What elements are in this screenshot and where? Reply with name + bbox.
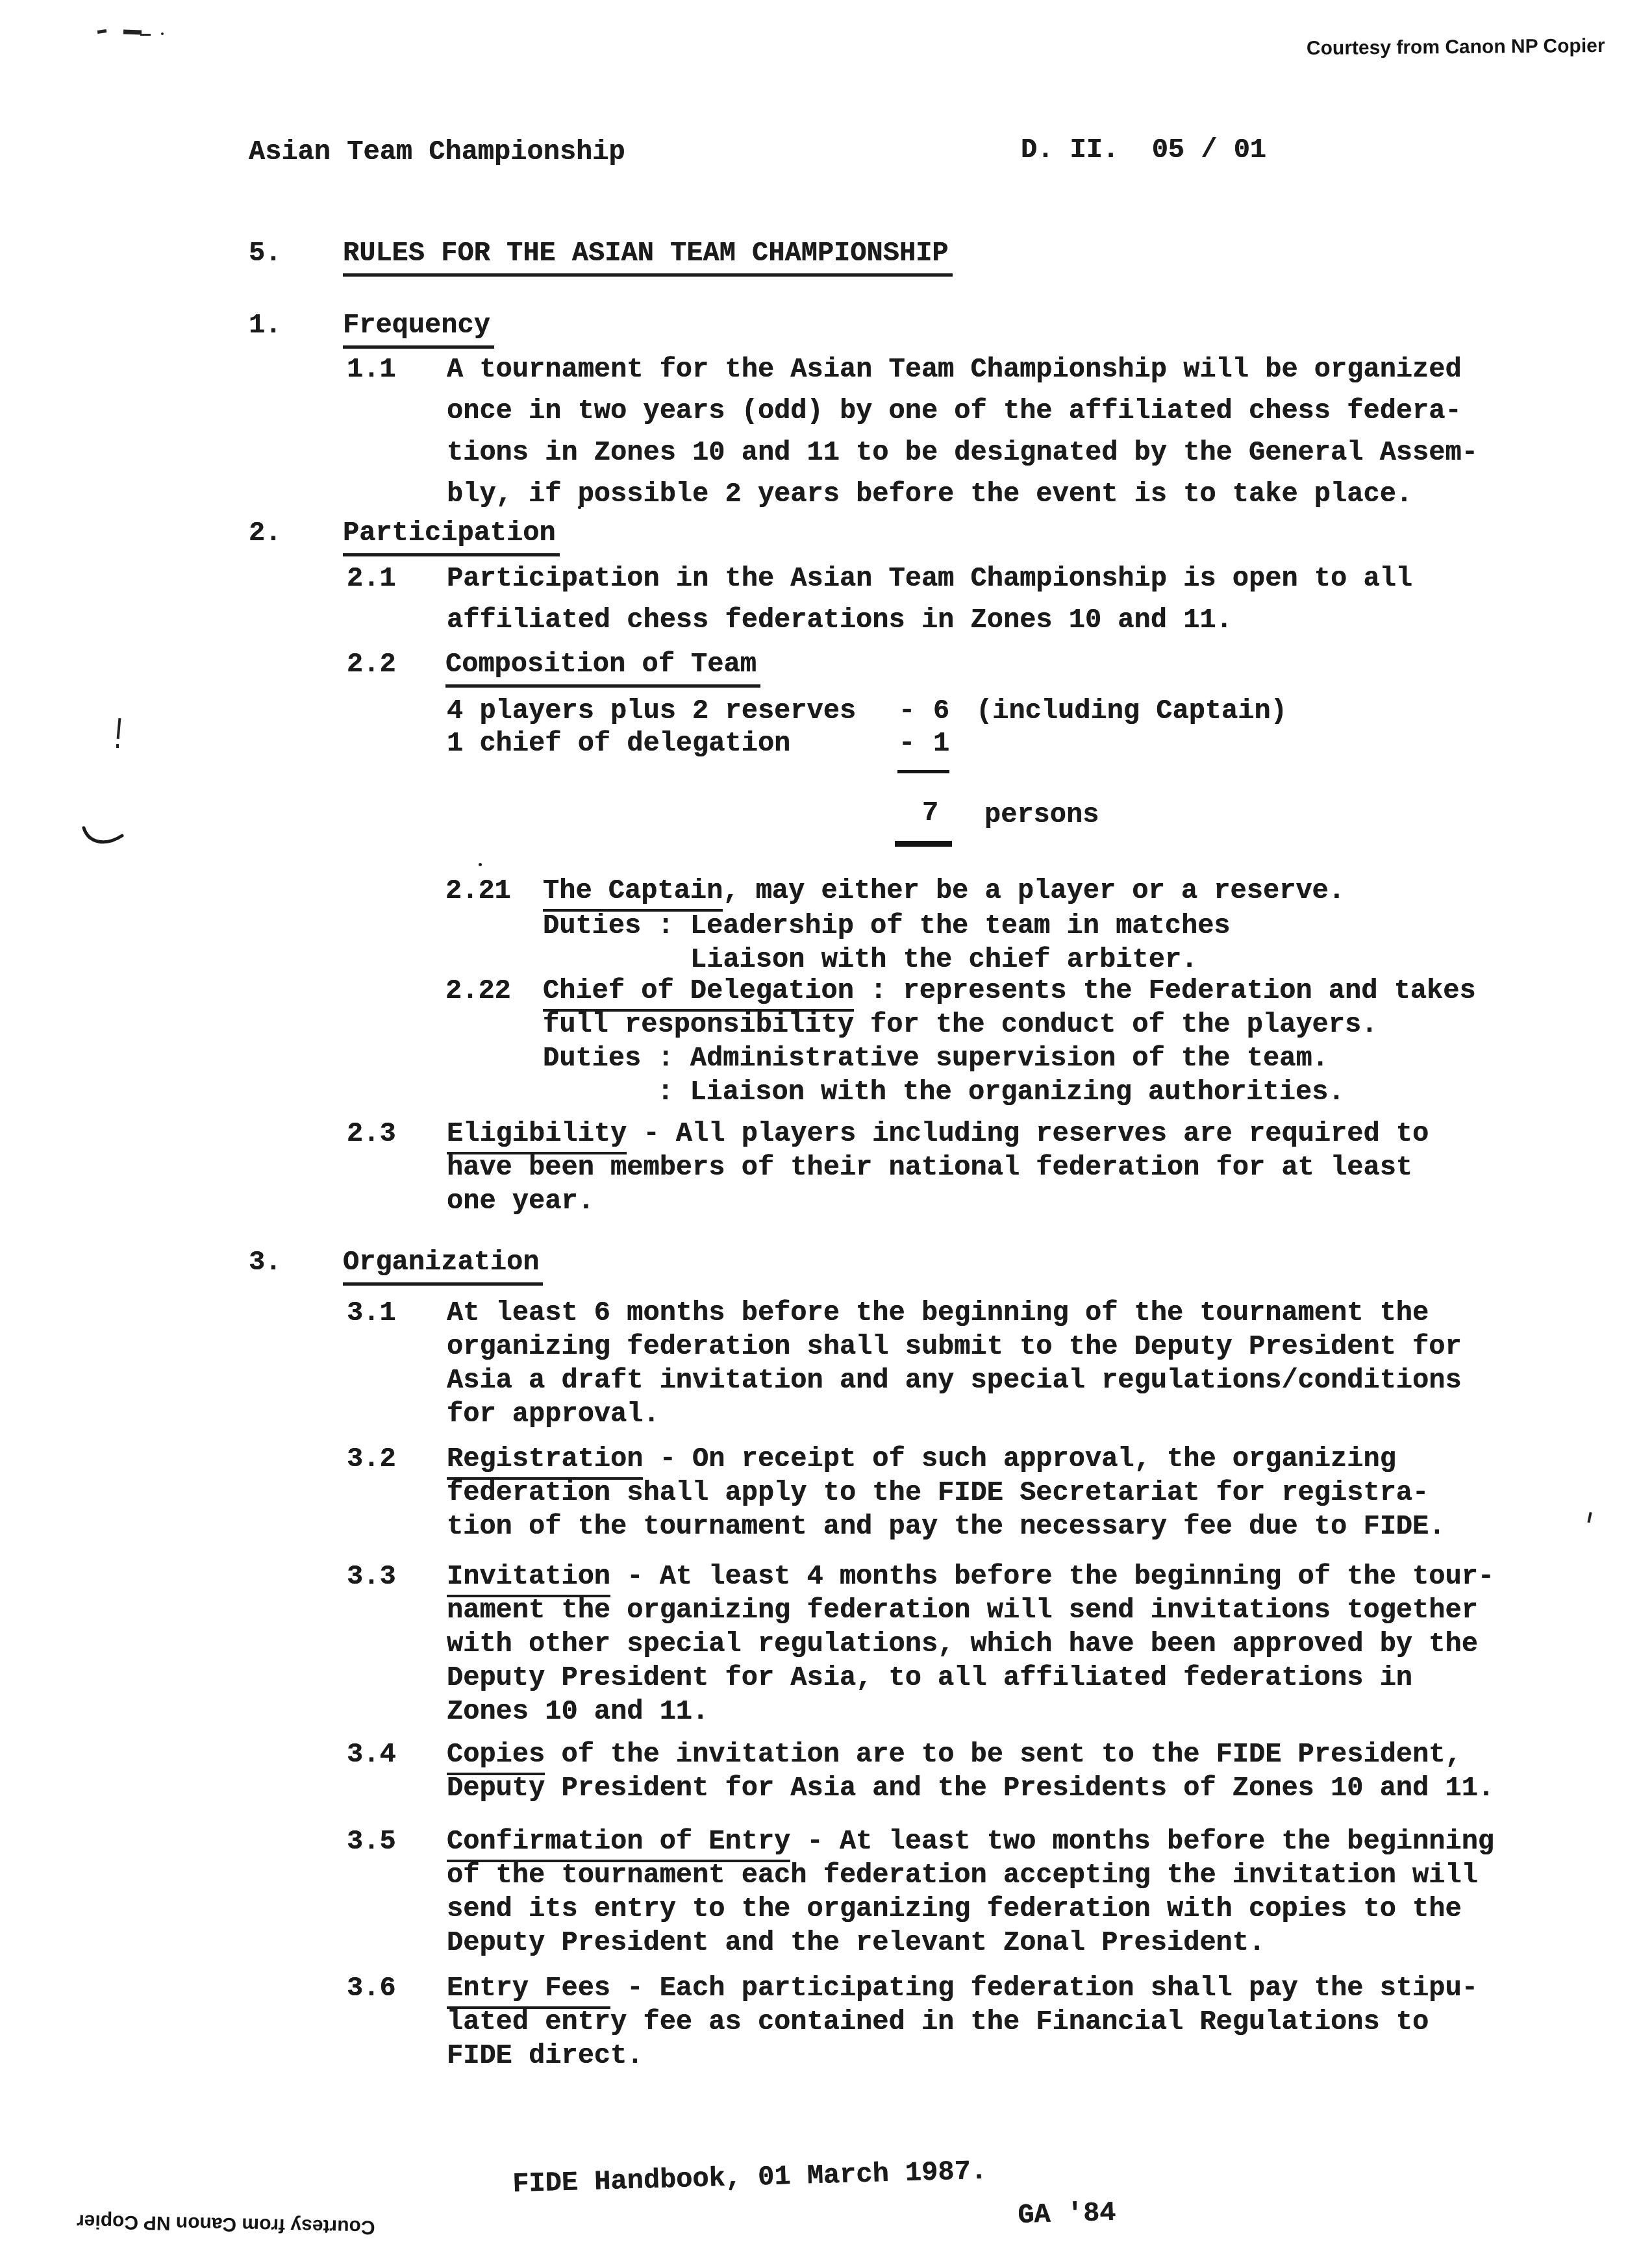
scan-artifact-dot [479, 863, 482, 866]
clause-3-3-line: Deputy President for Asia, to all affili… [447, 1662, 1412, 1693]
page-title-text: RULES FOR THE ASIAN TEAM CHAMPIONSHIP [343, 238, 953, 277]
clause-3-2-number: 3.2 [347, 1443, 396, 1475]
clause-3-2-line: tion of the tournament and pay the neces… [447, 1511, 1445, 1542]
section-2-heading: Participation [343, 517, 560, 556]
scan-artifact-smudge [123, 30, 142, 35]
clause-2-22-line: : Liaison with the organizing authoritie… [657, 1077, 1345, 1108]
doc-title: Asian Team Championship [249, 136, 625, 168]
clause-3-3-lead: Invitation [447, 1561, 610, 1597]
clause-2-3-lead: Eligibility [447, 1118, 627, 1154]
copier-stamp-top: Courtesy from Canon NP Copier [1307, 35, 1605, 60]
clause-3-2-line: Registration - On receipt of such approv… [447, 1443, 1396, 1480]
clause-2-21-lead: The Captain [543, 875, 723, 912]
section-3-number: 3. [249, 1247, 281, 1278]
clause-3-5-line: Deputy President and the relevant Zonal … [447, 1927, 1265, 1958]
composition-row-dash: - [899, 728, 915, 759]
clause-3-3-line: nament the organizing federation will se… [447, 1595, 1478, 1626]
composition-total-label: persons [984, 799, 1099, 830]
sum-overline [897, 770, 949, 773]
clause-2-1-number: 2.1 [347, 563, 396, 594]
section-2-number: 2. [249, 517, 281, 549]
clause-3-5-line: of the tournament each federation accept… [447, 1860, 1478, 1891]
composition-row-label: 1 chief of delegation [447, 728, 790, 759]
clause-3-1-line: organizing federation shall submit to th… [447, 1331, 1462, 1362]
clause-3-1-line: Asia a draft invitation and any special … [447, 1365, 1462, 1396]
clause-3-1-number: 3.1 [347, 1297, 396, 1328]
clause-1-1-line: A tournament for the Asian Team Champion… [447, 354, 1462, 385]
clause-2-21-line: Liaison with the chief arbiter. [690, 944, 1197, 975]
clause-3-1-line: for approval. [447, 1399, 660, 1430]
composition-row-note: (including Captain) [976, 695, 1287, 727]
clause-1-1-line: once in two years (odd) by one of the af… [447, 395, 1462, 427]
clause-2-22-line: full responsibility for the conduct of t… [543, 1009, 1377, 1040]
clause-3-3-line: Zones 10 and 11. [447, 1696, 708, 1727]
clause-1-1-number: 1.1 [347, 354, 396, 385]
scan-artifact-smudge [140, 34, 151, 36]
composition-total-value: 7 [922, 797, 938, 829]
scan-artifact-dot [578, 506, 581, 509]
section-1-heading: Frequency [343, 310, 494, 349]
clause-3-4-line: Copies of the invitation are to be sent … [447, 1739, 1462, 1775]
clause-3-6-line: lated entry fee as contained in the Fina… [447, 2006, 1429, 2038]
clause-2-21-line: The Captain, may either be a player or a… [543, 875, 1345, 912]
footer-ga: GA '84 [1018, 2197, 1117, 2231]
scan-artifact-dash [97, 29, 107, 34]
clause-2-22-line: Chief of Delegation : represents the Fed… [543, 975, 1476, 1012]
clause-2-1-line: Participation in the Asian Team Champion… [447, 563, 1412, 594]
composition-row-label: 4 players plus 2 reserves [447, 695, 856, 727]
main-title-number: 5. [249, 238, 281, 269]
section-1-number: 1. [249, 310, 281, 341]
clause-3-4-lead: Copies [447, 1739, 545, 1775]
clause-2-1-line: affiliated chess federations in Zones 10… [447, 605, 1233, 636]
clause-3-5-lead: Confirmation of Entry [447, 1826, 790, 1862]
clause-3-4-line: Deputy President for Asia and the Presid… [447, 1773, 1494, 1804]
footer-source: FIDE Handbook, 01 March 1987. [512, 2156, 988, 2200]
composition-row-value: 6 [933, 695, 949, 727]
clause-3-5-number: 3.5 [347, 1826, 396, 1857]
scan-artifact-tick [117, 718, 121, 739]
clause-2-3-number: 2.3 [347, 1118, 396, 1149]
composition-row-dash: - [899, 695, 915, 727]
clause-3-6-lead: Entry Fees [447, 1973, 610, 2009]
page-title: RULES FOR THE ASIAN TEAM CHAMPIONSHIP [343, 238, 953, 277]
clause-2-22-number: 2.22 [445, 975, 511, 1006]
clause-3-2-line: federation shall apply to the FIDE Secre… [447, 1477, 1429, 1508]
clause-2-3-line: one year. [447, 1186, 594, 1217]
doc-ref: D. II. 05 / 01 [1021, 134, 1266, 166]
clause-2-3-line: Eligibility - All players including rese… [447, 1118, 1429, 1154]
scan-artifact-tick [1587, 1512, 1592, 1523]
clause-3-5-line: send its entry to the organizing federat… [447, 1893, 1462, 1925]
scan-artifact-dot [161, 32, 164, 35]
clause-2-22-line: Duties : Administrative supervision of t… [543, 1043, 1329, 1074]
clause-3-1-line: At least 6 months before the beginning o… [447, 1297, 1429, 1328]
clause-2-22-lead: Chief of Delegation [543, 975, 854, 1012]
clause-3-6-number: 3.6 [347, 1973, 396, 2004]
copier-stamp-bottom: Courtesy from Canon NP Copier [77, 2210, 375, 2238]
section-3-heading: Organization [343, 1247, 543, 1286]
clause-1-1-line: bly, if possible 2 years before the even… [447, 479, 1412, 510]
clause-3-3-line: Invitation - At least 4 months before th… [447, 1561, 1494, 1597]
clause-3-6-line: FIDE direct. [447, 2040, 643, 2071]
scan-artifact-swoosh [82, 826, 125, 848]
clause-1-1-line: tions in Zones 10 and 11 to be designate… [447, 437, 1478, 468]
clause-3-2-lead: Registration [447, 1443, 643, 1480]
clause-2-2-number: 2.2 [347, 649, 396, 680]
composition-row-value: 1 [933, 728, 949, 759]
scan-artifact-dot [116, 744, 119, 748]
scanned-document-page: Courtesy from Canon NP Copier Asian Team… [0, 0, 1652, 2257]
clause-2-21-line: Duties : Leadership of the team in match… [543, 910, 1231, 941]
clause-3-5-line: Confirmation of Entry - At least two mon… [447, 1826, 1494, 1862]
clause-2-21-number: 2.21 [445, 875, 511, 906]
clause-2-2-heading: Composition of Team [445, 649, 760, 688]
clause-3-3-number: 3.3 [347, 1561, 396, 1592]
clause-3-4-number: 3.4 [347, 1739, 396, 1770]
sum-underline [895, 841, 952, 847]
clause-3-3-line: with other special regulations, which ha… [447, 1628, 1478, 1660]
clause-2-3-line: have been members of their national fede… [447, 1152, 1412, 1183]
clause-3-6-line: Entry Fees - Each participating federati… [447, 1973, 1478, 2009]
